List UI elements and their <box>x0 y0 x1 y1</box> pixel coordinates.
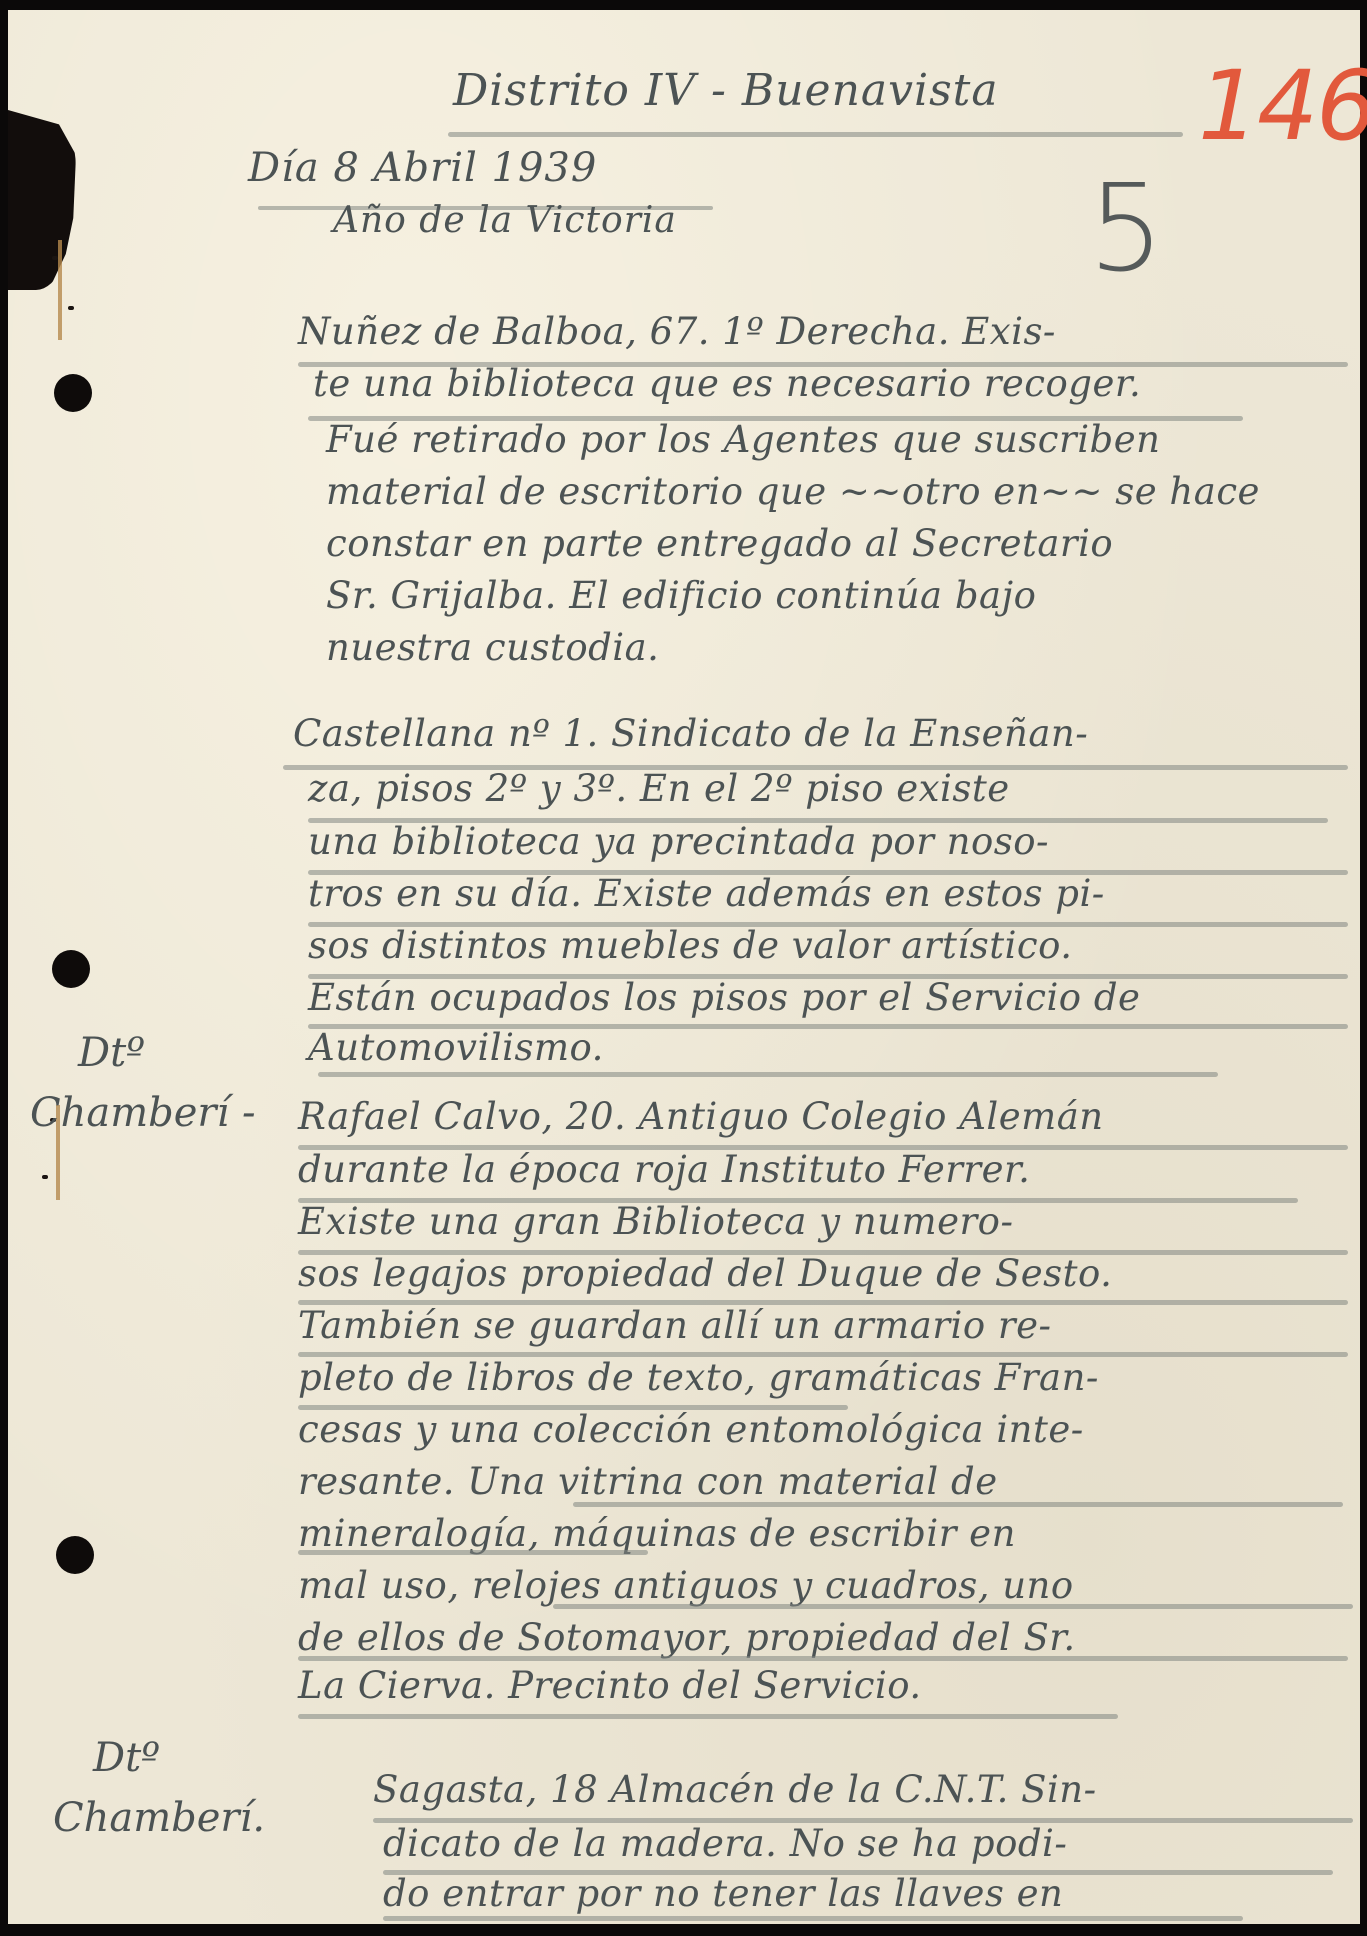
margin-note-district: Dtº <box>78 1030 145 1076</box>
torn-edge <box>8 110 76 290</box>
entry-line: nuestra custodia. <box>326 626 659 669</box>
entry-line: tros en su día. Existe además en estos p… <box>308 872 1105 915</box>
entry-line: sos distintos muebles de valor artístico… <box>308 924 1073 967</box>
entry-line: de ellos de Sotomayor, propiedad del Sr. <box>298 1616 1076 1659</box>
entry-line: sos legajos propiedad del Duque de Sesto… <box>298 1252 1112 1295</box>
entry-line: La Cierva. Precinto del Servicio. <box>298 1664 922 1707</box>
rust-stain <box>58 240 62 340</box>
margin-note-chamberi: Chamberí. <box>53 1795 265 1841</box>
underline <box>383 1916 1243 1921</box>
entry-line: za, pisos 2º y 3º. En el 2º piso existe <box>308 767 1010 810</box>
underline <box>573 1502 1343 1507</box>
speck <box>52 256 58 260</box>
entry-line: Castellana nº 1. Sindicato de la Enseñan… <box>293 712 1088 755</box>
entry-line: pleto de libros de texto, gramáticas Fra… <box>298 1356 1099 1399</box>
year-label: Año de la Victoria <box>333 200 677 241</box>
document-page: Distrito IV - Buenavista Día 8 Abril 193… <box>8 10 1360 1924</box>
entry-line: durante la época roja Instituto Ferrer. <box>298 1148 1030 1191</box>
entry-line: Fué retirado por los Agentes que suscrib… <box>326 418 1160 461</box>
entry-line: te una biblioteca que es necesario recog… <box>313 362 1141 405</box>
speck <box>68 306 74 310</box>
underline <box>298 1550 648 1555</box>
page-number-red: 146 <box>1198 50 1367 162</box>
entry-line: constar en parte entregado al Secretario <box>326 522 1113 565</box>
entry-line: do entrar por no tener las llaves en <box>383 1872 1063 1915</box>
document-date: Día 8 Abril 1939 <box>248 145 597 191</box>
district-title: Distrito IV - Buenavista <box>453 65 999 116</box>
entry-line: una biblioteca ya precintada por noso- <box>308 820 1049 863</box>
entry-line: Sr. Grijalba. El edificio continúa bajo <box>326 574 1036 617</box>
entry-line: Existe una gran Biblioteca y numero- <box>298 1200 1013 1243</box>
entry-line: mal uso, relojes antiguos y cuadros, uno <box>298 1564 1074 1607</box>
underline <box>298 1714 1118 1719</box>
entry-line: Automovilismo. <box>308 1026 604 1069</box>
entry-line: Nuñez de Balboa, 67. 1º Derecha. Exis- <box>298 310 1056 353</box>
entry-line: Sagasta, 18 Almacén de la C.N.T. Sin- <box>373 1768 1097 1811</box>
margin-note-district: Dtº <box>93 1735 160 1781</box>
underline <box>298 1656 1348 1661</box>
entry-line: Rafael Calvo, 20. Antiguo Colegio Alemán <box>298 1095 1104 1138</box>
entry-line: cesas y una colección entomológica inte- <box>298 1408 1084 1451</box>
speck <box>42 1175 48 1179</box>
folio-number: 5 <box>1088 160 1164 299</box>
margin-note-chamberi: Chamberí - <box>30 1090 256 1136</box>
underline <box>553 1604 1353 1609</box>
punch-hole <box>54 374 92 412</box>
entry-line: material de escritorio que ~~otro en~~ s… <box>326 470 1260 513</box>
title-underline <box>448 132 1183 137</box>
entry-line: dicato de la madera. No se ha podi- <box>383 1822 1067 1865</box>
underline <box>318 1072 1218 1077</box>
entry-line: También se guardan allí un armario re- <box>298 1304 1051 1347</box>
entry-line: mineralogía, máquinas de escribir en <box>298 1512 1016 1555</box>
punch-hole <box>52 950 90 988</box>
entry-line: Están ocupados los pisos por el Servicio… <box>308 976 1140 1019</box>
punch-hole <box>56 1536 94 1574</box>
entry-line: resante. Una vitrina con material de <box>298 1460 998 1503</box>
